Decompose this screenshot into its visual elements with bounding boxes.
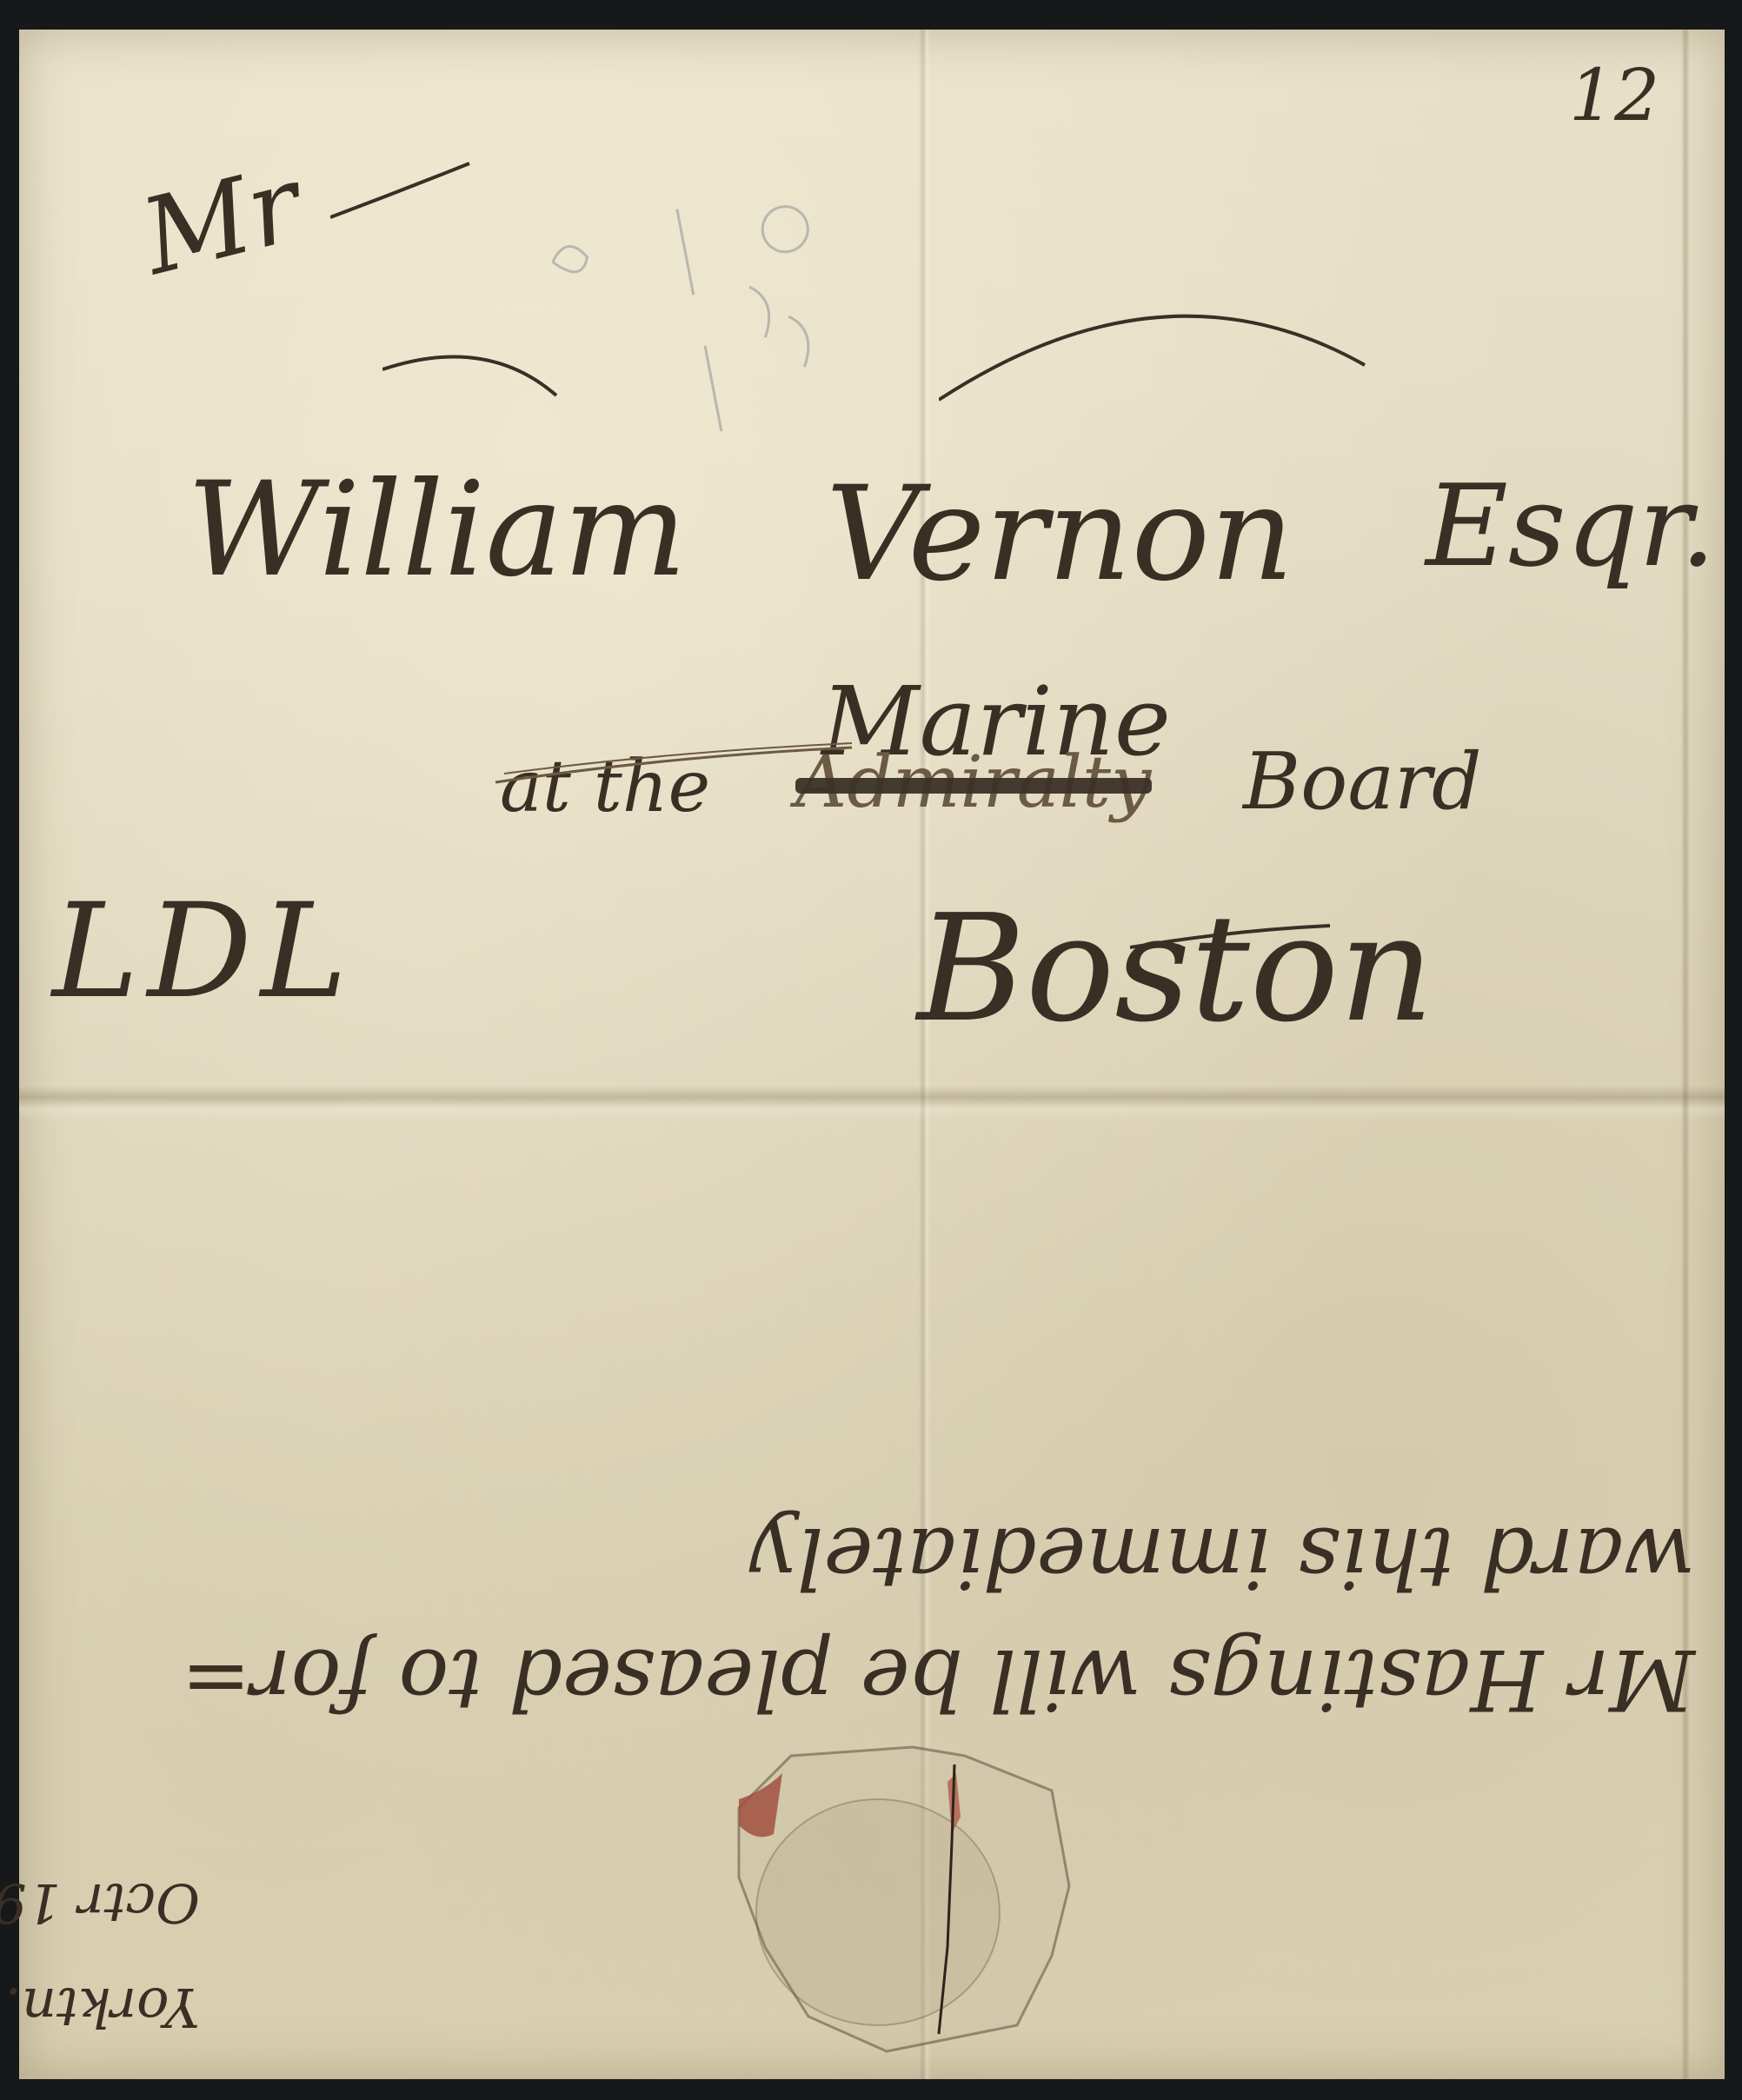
destination-city: Boston <box>917 895 1434 1043</box>
docket-line-1: Yorktn. <box>4 1980 200 2034</box>
name-flourish-left <box>382 343 574 404</box>
board-word: Board <box>1243 743 1482 821</box>
initials: LDL <box>52 887 356 1017</box>
addressee-first-name: William <box>187 465 687 595</box>
inverted-note-line-1: Mr Hastings will be pleased to for= <box>181 1638 1695 1721</box>
corner-number: 12 <box>1569 61 1659 132</box>
right-fold-crease <box>1681 30 1690 2079</box>
name-flourish-right <box>939 287 1373 409</box>
docket-note: Yorktn. Octr 19 <box>35 1808 209 2086</box>
inverted-note-line-2: ward this immediately <box>750 1516 1695 1599</box>
docket-line-2: Octr 19 <box>0 1876 200 1930</box>
wax-seal-remnant <box>687 1738 1104 2069</box>
horizontal-fold-crease <box>19 1086 1725 1120</box>
addressee-last-name: Vernon <box>826 469 1294 600</box>
addressee-suffix: Esqr. <box>1426 469 1716 582</box>
inverted-forwarding-note: Mr Hastings will be pleased to for= ward… <box>52 1469 1704 1730</box>
city-underline-flourish <box>1130 921 1339 956</box>
struck-word-bar <box>795 778 1152 794</box>
salutation-flourish <box>330 156 478 226</box>
